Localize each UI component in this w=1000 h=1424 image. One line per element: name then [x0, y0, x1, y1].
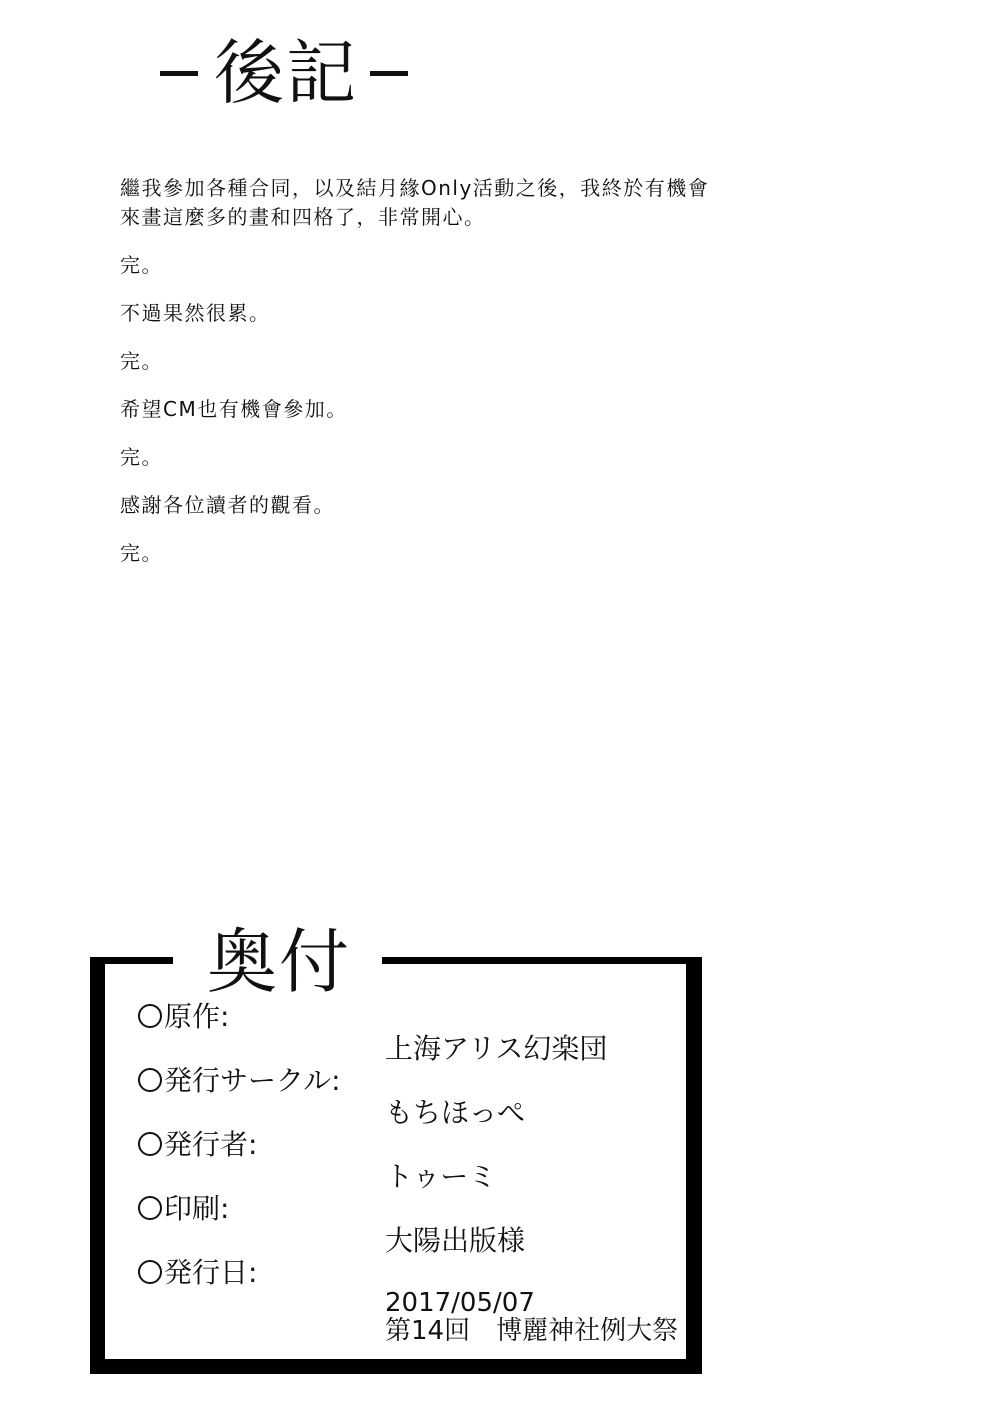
frame-border-bottom [90, 1359, 702, 1374]
colophon-value-printing: 大陽出版様 [385, 1224, 525, 1258]
circle-bullet-icon [138, 1004, 162, 1028]
afterword-line: 不過果然很累。 [120, 299, 780, 328]
colophon-label-date: 発行日: [138, 1256, 257, 1290]
afterword-intro-paragraph: 繼我參加各種合同，以及結月緣Only活動之後，我終於有機會 來畫這麼多的畫和四格… [120, 174, 780, 232]
afterword-line: 完。 [120, 347, 780, 376]
circle-bullet-icon [138, 1196, 162, 1220]
afterword-body: 繼我參加各種合同，以及結月緣Only活動之後，我終於有機會 來畫這麼多的畫和四格… [120, 174, 780, 587]
circle-bullet-icon [138, 1132, 162, 1156]
frame-border-right [686, 957, 702, 1374]
afterword-line: 完。 [120, 539, 780, 568]
colophon-label-publisher: 発行者: [138, 1128, 257, 1162]
frame-border-top-right [382, 957, 702, 964]
colophon-value-event: 第14回 博麗神社例大祭 [385, 1316, 678, 1346]
afterword-line: 感謝各位讀者的觀看。 [120, 491, 780, 520]
colophon-value-publisher: トゥーミ [385, 1160, 496, 1194]
colophon-value-date: 2017/05/07 [385, 1288, 535, 1318]
heading-dash-right [370, 71, 408, 76]
colophon-label-circle: 発行サークル: [138, 1064, 341, 1098]
frame-border-top-left [90, 957, 173, 964]
afterword-line: 完。 [120, 251, 780, 280]
paragraph-line: 繼我參加各種合同，以及結月緣Only活動之後，我終於有機會 [120, 174, 780, 203]
paragraph-line: 來畫這麼多的畫和四格了，非常開心。 [120, 203, 780, 232]
circle-bullet-icon [138, 1260, 162, 1284]
colophon-label-printing: 印刷: [138, 1192, 229, 1226]
afterword-title: 後記 [214, 38, 358, 108]
heading-dash-left [160, 71, 198, 76]
circle-bullet-icon [138, 1068, 162, 1092]
colophon-label-original-work: 原作: [138, 1000, 229, 1034]
afterword-line: 希望CM也有機會參加。 [120, 395, 780, 424]
colophon-value-circle: もちほっぺ [385, 1096, 525, 1130]
colophon-title: 奥付 [207, 922, 351, 1002]
colophon-box: 奥付 原作: 上海アリス幻楽団 発行サークル: もちほっぺ 発行者: トゥーミ … [90, 952, 702, 1374]
afterword-heading: 後記 [160, 28, 408, 118]
afterword-line: 完。 [120, 443, 780, 472]
frame-border-left [90, 957, 105, 1374]
colophon-value-original-work: 上海アリス幻楽団 [385, 1032, 607, 1066]
